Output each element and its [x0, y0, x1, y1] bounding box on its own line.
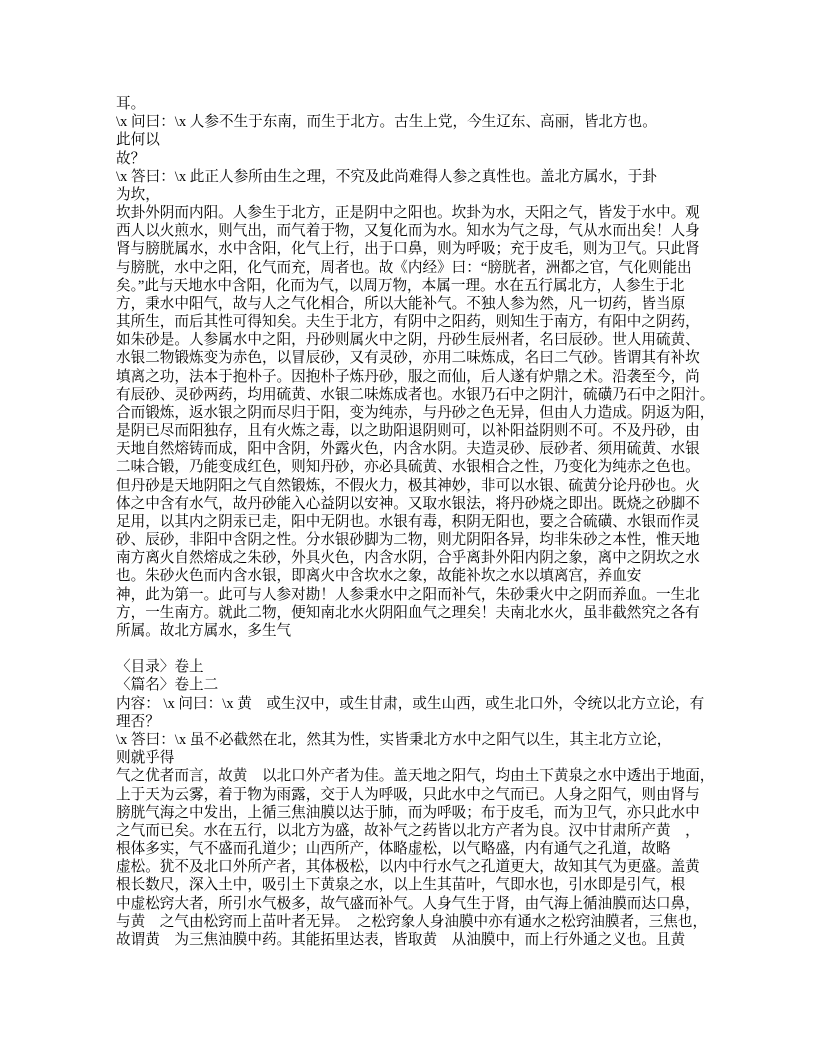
text-line: 此何以	[116, 131, 724, 149]
text-line: 理否？	[116, 713, 724, 731]
text-line: 与膀胱，水中之阳，化气而充，周者也。故《内经》曰：“膀胱者，洲都之官，气化则能出	[116, 259, 724, 277]
text-line: 体之中含有水气，故丹砂能入心益阴以安神。又取水银法，将丹砂烧之即出。既烧之砂脚不	[116, 495, 724, 513]
text-line: 南方离火自然熔成之朱砂，外具火色，内含水阴，合乎离卦外阳内阴之象，离中之阴坎之水	[116, 549, 724, 567]
text-line: 西人以火煎水，则气出，而气着于物，又复化而为水。知水为气之母，气从水而出矣！人身	[116, 222, 724, 240]
text-line: 坎卦外阴而内阳。人参生于北方，正是阴中之阳也。坎卦为水，天阳之气，皆发于水中。观	[116, 204, 724, 222]
text-line: 水银二物锻炼变为赤色，以冒辰砂，又有灵砂，亦用二味炼成，名曰二气砂。皆谓其有补坎	[116, 349, 724, 367]
text-line: 有辰砂、灵砂两药，均用硫黄、水银二味炼成者也。水银乃石中之阴汁，硫磺乃石中之阳汁…	[116, 386, 724, 404]
text-line: 砂、辰砂，非阳中含阴之性。分水银砂脚为二物，则尤阴阳各异，均非朱砂之本性，惟天地	[116, 531, 724, 549]
text-line: 为坎，	[116, 186, 724, 204]
text-line: 气之优者而言，故黄 以北口外产者为佳。盖天地之阳气，均由土下黄泉之水中透出于地面…	[116, 767, 724, 785]
text-line: 〈篇名〉卷上二	[116, 676, 724, 694]
text-line: 足用，以其内之阴汞已走，阳中无阴也。水银有毒，积阴无阳也，要之合硫磺、水银而作灵	[116, 513, 724, 531]
text-line: 内容： \x 问曰：\x 黄 或生汉中，或生甘肃，或生山西，或生北口外，令统以北…	[116, 695, 724, 713]
document-page: 耳。\x 问曰：\x 人参不生于东南，而生于北方。古生上党，今生辽东、高丽，皆北…	[0, 0, 816, 1056]
text-line: 天地自然熔铸而成，阳中含阴，外露火色，内含水阴。夫造灵砂、辰砂者、须用硫黄、水银	[116, 440, 724, 458]
text-line: 故谓黄 为三焦油膜中药。其能拓里达表，皆取黄 从油膜中，而上行外通之义也。且黄	[116, 931, 724, 949]
text-line: 肾与膀胱属水，水中含阳，化气上行，出于口鼻，则为呼吸；充于皮毛，则为卫气。只此肾	[116, 240, 724, 258]
text-line: 合而锻炼，返水银之阴而尽归于阳，变为纯赤，与丹砂之色无异，但由人力造成。阴返为阳…	[116, 404, 724, 422]
text-line: 上于天为云雾，着于物为雨露，交于人为呼吸，只此水中之气而已。人身之阳气，则由肾与	[116, 786, 724, 804]
text-line: \x 答曰：\x 虽不必截然在北，然其为性，实皆秉北方水中之阳气以生，其主北方立…	[116, 731, 724, 749]
text-line: 二味合锻，乃能变成红色，则知丹砂，亦必具硫黄、水银相合之性，乃变化为纯赤之色也。	[116, 458, 724, 476]
text-line: 虚松。犹不及北口外所产者，其体极松，以内中行水气之孔道更大，故知其气为更盛。盖黄	[116, 858, 724, 876]
text-line: 矣。”此与天地水中含阳，化而为气，以周万物，本属一理。水在五行属北方，人参生于北	[116, 277, 724, 295]
text-line: 根长数尺，深入土中，吸引土下黄泉之水，以上生其苗叶，气即水也，引水即是引气，根	[116, 876, 724, 894]
text-line: 膀胱气海之中发出，上循三焦油膜以达于肺，而为呼吸；布于皮毛，而为卫气，亦只此水中	[116, 804, 724, 822]
text-line: 如朱砂是。人参属水中之阳，丹砂则属火中之阴，丹砂生辰州者，名曰辰砂。世人用硫黄、	[116, 331, 724, 349]
text-line: \x 问曰：\x 人参不生于东南，而生于北方。古生上党，今生辽东、高丽，皆北方也…	[116, 113, 724, 131]
text-line	[116, 640, 724, 658]
text-line: 但丹砂是天地阴阳之气自然锻炼，不假火力，极其神妙，非可以水银、硫黄分论丹砂也。火	[116, 477, 724, 495]
text-line: 方，一生南方。就此二物，便知南北水火阴阳血气之理矣！夫南北水火，虽非截然究之各有	[116, 604, 724, 622]
text-line: 其所生，而后其性可得知矣。夫生于北方，有阴中之阳药，则知生于南方，有阳中之阴药，	[116, 313, 724, 331]
text-line: 也。朱砂火色而内含水银，即离火中含坎水之象，故能补坎之水以填离宫，养血安	[116, 567, 724, 585]
text-line: 方，秉水中阳气，故与人之气化相合，所以大能补气。不独人参为然，凡一切药，皆当原	[116, 295, 724, 313]
text-line: 所属。故北方属水，多生气	[116, 622, 724, 640]
text-line: 是阴已尽而阳独存，且有火炼之毒，以之助阳退阴则可，以补阳益阴则不可。不及丹砂，由	[116, 422, 724, 440]
text-line: 神，此为第一。此可与人参对勘！人参秉水中之阳而补气，朱砂秉火中之阴而养血。一生北	[116, 586, 724, 604]
text-line: 与黄 之气由松窍而上苗叶者无异。 之松窍象人身油膜中亦有通水之松窍油膜者，三焦也…	[116, 913, 724, 931]
text-line: 之气而已矣。水在五行，以北方为盛，故补气之药皆以北方产者为良。汉中甘肃所产黄 ，	[116, 822, 724, 840]
text-line: 则就乎得	[116, 749, 724, 767]
document-text-block: 耳。\x 问曰：\x 人参不生于东南，而生于北方。古生上党，今生辽东、高丽，皆北…	[116, 95, 724, 949]
text-line: 中虚松窍大者，所引水气极多，故气盛而补气。人身气生于肾，由气海上循油膜而达口鼻，	[116, 895, 724, 913]
text-line: 耳。	[116, 95, 724, 113]
text-line: 故？	[116, 150, 724, 168]
text-line: \x 答曰：\x 此正人参所由生之理，不究及此尚难得人参之真性也。盖北方属水，于…	[116, 168, 724, 186]
text-line: 〈目录〉卷上	[116, 658, 724, 676]
text-line: 填离之功，法本于抱朴子。因抱朴子炼丹砂，服之而仙，后人遂有炉鼎之术。沿袭至今，尚	[116, 368, 724, 386]
text-line: 根体多实，气不盛而孔道少；山西所产，体略虚松，以气略盛，内有通气之孔道，故略	[116, 840, 724, 858]
